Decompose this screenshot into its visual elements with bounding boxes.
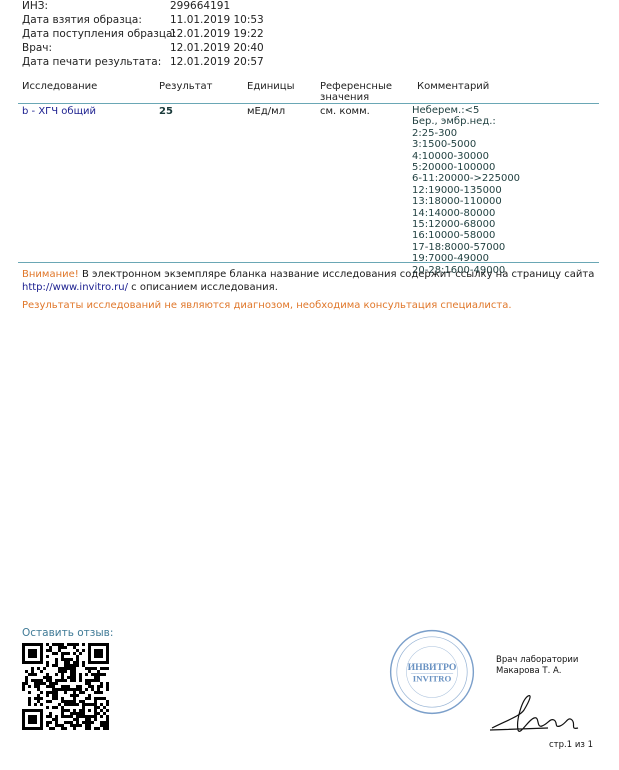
svg-text:INVITRO: INVITRO bbox=[413, 674, 452, 684]
doctor-name: Макарова Т. А. bbox=[496, 666, 578, 677]
meta-value: 299664191 bbox=[170, 0, 230, 13]
header-reference-line2: значения bbox=[320, 92, 392, 103]
meta-label: Дата взятия образца: bbox=[22, 14, 142, 27]
table-bottom-divider bbox=[18, 262, 599, 263]
invitro-link[interactable]: http://www.invitro.ru/ bbox=[22, 282, 128, 293]
meta-label: Дата поступления образца: bbox=[22, 28, 176, 41]
disclaimer: Результаты исследований не являются диаг… bbox=[22, 299, 512, 312]
comment-line: 15:12000-68000 bbox=[412, 219, 520, 230]
meta-label: Врач: bbox=[22, 42, 52, 55]
header-result: Результат bbox=[159, 81, 212, 92]
attention-label: Внимание! bbox=[22, 269, 79, 280]
meta-label: Дата печати результата: bbox=[22, 56, 161, 69]
comment-line: Бер., эмбр.нед.: bbox=[412, 116, 520, 127]
comment-line: 4:10000-30000 bbox=[412, 151, 520, 162]
attention-note: Внимание! В электронном экземпляре бланк… bbox=[22, 268, 594, 281]
comment-list: Неберем.:<5Бер., эмбр.нед.:2:25-3003:150… bbox=[412, 105, 520, 276]
doctor-signature-block: Врач лаборатории Макарова Т. А. bbox=[496, 655, 578, 677]
test-name-link[interactable]: b - ХГЧ общий bbox=[22, 106, 96, 117]
meta-value: 12.01.2019 19:22 bbox=[170, 28, 264, 41]
comment-line: 13:18000-110000 bbox=[412, 196, 520, 207]
doctor-title: Врач лаборатории bbox=[496, 655, 578, 666]
header-reference: Референсные значения bbox=[320, 81, 392, 103]
link-note: http://www.invitro.ru/ с описанием иссле… bbox=[22, 281, 278, 294]
reference-value: см. комм. bbox=[320, 106, 370, 117]
comment-line: 12:19000-135000 bbox=[412, 185, 520, 196]
meta-value: 12.01.2019 20:57 bbox=[170, 56, 264, 69]
header-units: Единицы bbox=[247, 81, 294, 92]
link-suffix: с описанием исследования. bbox=[128, 282, 278, 293]
page-number: стр.1 из 1 bbox=[549, 740, 593, 750]
lab-stamp: ИНВИТРО INVITRO bbox=[388, 628, 476, 716]
comment-line: 14:14000-80000 bbox=[412, 208, 520, 219]
signature bbox=[488, 690, 588, 738]
attention-text: В электронном экземпляре бланка название… bbox=[79, 269, 595, 280]
header-reference-line1: Референсные bbox=[320, 81, 392, 92]
header-comment: Комментарий bbox=[417, 81, 489, 92]
meta-value: 12.01.2019 20:40 bbox=[170, 42, 264, 55]
comment-line: 16:10000-58000 bbox=[412, 230, 520, 241]
comment-line: 6-11:20000->225000 bbox=[412, 173, 520, 184]
comment-line: Неберем.:<5 bbox=[412, 105, 520, 116]
header-divider bbox=[18, 103, 599, 104]
comment-line: 3:1500-5000 bbox=[412, 139, 520, 150]
comment-line: 5:20000-100000 bbox=[412, 162, 520, 173]
comment-line: 17-18:8000-57000 bbox=[412, 242, 520, 253]
meta-value: 11.01.2019 10:53 bbox=[170, 14, 264, 27]
feedback-label: Оставить отзыв: bbox=[22, 627, 113, 639]
header-test: Исследование bbox=[22, 81, 97, 92]
result-value: 25 bbox=[159, 106, 173, 117]
meta-label: ИНЗ: bbox=[22, 0, 48, 13]
comment-line: 2:25-300 bbox=[412, 128, 520, 139]
units-value: мЕд/мл bbox=[247, 106, 285, 117]
feedback-qr-code[interactable] bbox=[22, 643, 109, 730]
svg-text:ИНВИТРО: ИНВИТРО bbox=[408, 662, 457, 673]
